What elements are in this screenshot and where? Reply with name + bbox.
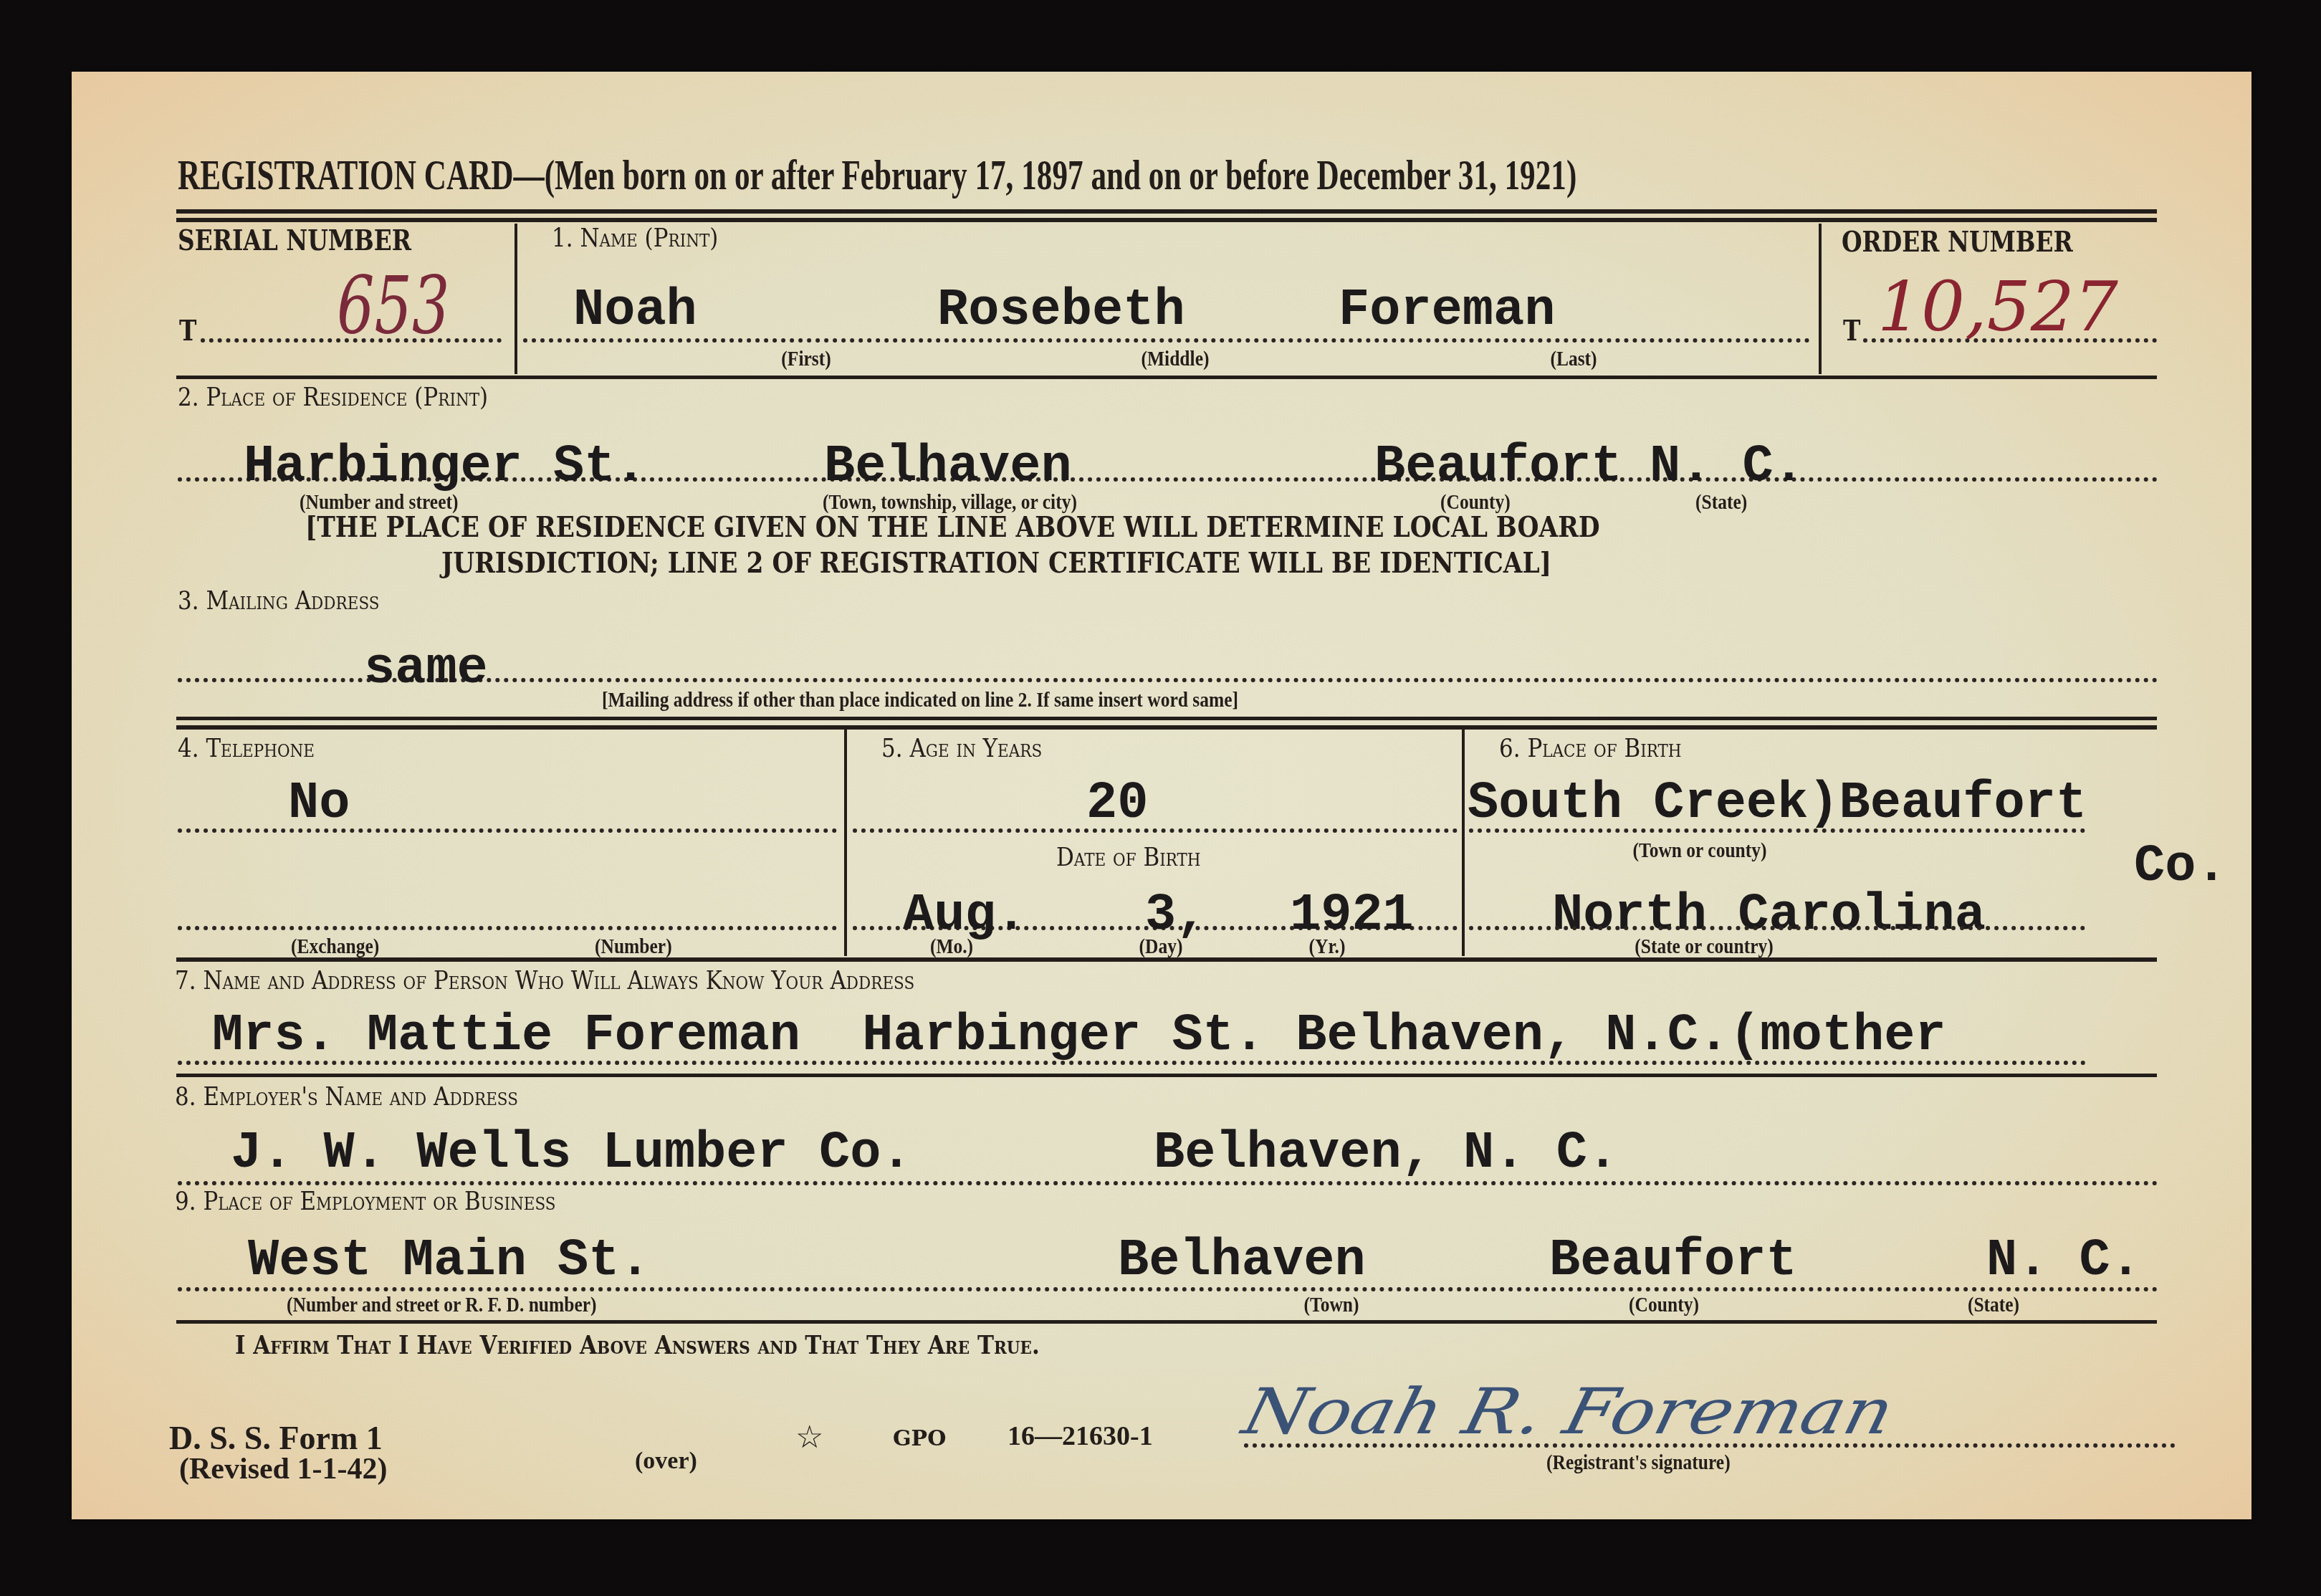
telephone-exchange-caption: (Exchange) — [291, 935, 379, 959]
order-label: ORDER NUMBER — [1842, 225, 2073, 259]
name-middle-caption: (Middle) — [1142, 347, 1210, 371]
registration-card: REGISTRATION CARD—(Men born on or after … — [72, 72, 2251, 1519]
rule-6 — [176, 1320, 2157, 1324]
telephone-value[interactable]: No — [288, 774, 350, 833]
serial-value[interactable]: 653 — [337, 259, 449, 351]
rule-3b — [176, 725, 2157, 730]
dob-month-caption: (Mo.) — [930, 935, 973, 959]
order-divider — [1819, 224, 1822, 374]
birthplace-divider — [1462, 730, 1465, 956]
serial-label: SERIAL NUMBER — [178, 224, 411, 257]
employment-line — [178, 1287, 2158, 1291]
employment-town-caption: (Town) — [1303, 1293, 1359, 1317]
name-first-caption: (First) — [781, 347, 831, 371]
age-divider — [844, 730, 847, 956]
affirmation-text: I Affirm That I Have Verified Above Answ… — [235, 1330, 1040, 1360]
order-prefix: T — [1843, 314, 1860, 348]
dob-label: Date of Birth — [1056, 843, 1201, 872]
form-revised: (Revised 1-1-42) — [179, 1452, 387, 1486]
employer-name[interactable]: J. W. Wells Lumber Co. — [231, 1124, 912, 1182]
name-label: 1. Name (Print) — [552, 224, 718, 253]
telephone-line-2 — [178, 926, 837, 930]
employer-label: 8. Employer's Name and Address — [175, 1082, 518, 1112]
employment-state-caption: (State) — [1968, 1293, 2019, 1317]
telephone-number-caption: (Number) — [595, 935, 672, 959]
employer-line — [178, 1181, 2158, 1185]
age-line — [853, 828, 1458, 833]
order-value[interactable]: 10,527 — [1877, 267, 2118, 347]
name-first[interactable]: Noah — [573, 281, 697, 340]
star-icon: ☆ — [795, 1419, 823, 1456]
dob-day-caption: (Day) — [1139, 935, 1183, 959]
employment-county[interactable]: Beaufort — [1549, 1231, 1797, 1290]
employment-street[interactable]: West Main St. — [248, 1231, 651, 1290]
name-middle[interactable]: Rosebeth — [937, 281, 1185, 340]
rule-top-2 — [176, 218, 2157, 222]
registrant-signature[interactable]: Noah R. Foreman — [1236, 1375, 1901, 1448]
contact-line — [178, 1061, 2087, 1065]
birthplace-state-caption: (State or country) — [1635, 935, 1774, 959]
name-line — [523, 338, 1810, 343]
residence-label: 2. Place of Residence (Print) — [178, 383, 488, 412]
employment-label: 9. Place of Employment or Business — [175, 1187, 556, 1216]
age-value[interactable]: 20 — [1086, 774, 1148, 833]
employer-address[interactable]: Belhaven, N. C. — [1154, 1124, 1618, 1182]
birthplace-town-line — [1469, 828, 2085, 833]
mailing-value[interactable]: same — [364, 639, 488, 698]
residence-notice-1: [THE PLACE OF RESIDENCE GIVEN ON THE LIN… — [305, 510, 1600, 544]
telephone-label: 4. Telephone — [178, 734, 315, 763]
residence-state-caption: (State) — [1695, 490, 1747, 515]
name-last-caption: (Last) — [1550, 347, 1597, 371]
contact-value[interactable]: Mrs. Mattie Foreman Harbinger St. Belhav… — [212, 1006, 1946, 1065]
birthplace-town-cont[interactable]: Co. — [2134, 837, 2227, 896]
rule-top-1 — [176, 209, 2157, 214]
name-last[interactable]: Foreman — [1339, 281, 1555, 340]
rule-2 — [176, 376, 2157, 379]
mailing-label: 3. Mailing Address — [178, 586, 380, 616]
birthplace-label: 6. Place of Birth — [1499, 734, 1682, 763]
over-text: (over) — [635, 1448, 697, 1475]
serial-divider — [515, 224, 517, 374]
rule-3a — [176, 717, 2157, 720]
rule-5 — [176, 1074, 2157, 1077]
residence-county[interactable]: Beaufort — [1374, 437, 1622, 496]
employment-county-caption: (County) — [1629, 1293, 1699, 1317]
telephone-line-1 — [178, 828, 837, 833]
signature-caption: (Registrant's signature) — [1546, 1451, 1731, 1475]
contact-label: 7. Name and Address of Person Who Will A… — [175, 966, 914, 995]
residence-state[interactable]: N. C. — [1650, 437, 1804, 496]
gpo-text: GPO — [893, 1426, 946, 1451]
birthplace-town-caption: (Town or county) — [1632, 838, 1766, 863]
residence-notice-2: JURISDICTION; LINE 2 OF REGISTRATION CER… — [441, 546, 1551, 580]
dob-year-caption: (Yr.) — [1309, 935, 1346, 959]
employment-street-caption: (Number and street or R. F. D. number) — [287, 1293, 597, 1317]
card-title: REGISTRATION CARD—(Men born on or after … — [178, 150, 1576, 200]
rule-4 — [176, 957, 2157, 962]
residence-town[interactable]: Belhaven — [824, 437, 1072, 496]
gpo-code: 16—21630-1 — [1008, 1420, 1153, 1452]
signature-line — [1244, 1443, 2176, 1448]
birthplace-state-line — [1469, 926, 2085, 930]
employment-state[interactable]: N. C. — [1986, 1231, 2141, 1290]
mailing-caption: [Mailing address if other than place ind… — [602, 688, 1238, 712]
employment-town[interactable]: Belhaven — [1118, 1231, 1366, 1290]
birthplace-town[interactable]: South Creek)Beaufort — [1468, 774, 2087, 833]
residence-street[interactable]: Harbinger St. — [244, 437, 646, 496]
age-label: 5. Age in Years — [881, 734, 1042, 763]
serial-prefix: T — [179, 314, 196, 348]
